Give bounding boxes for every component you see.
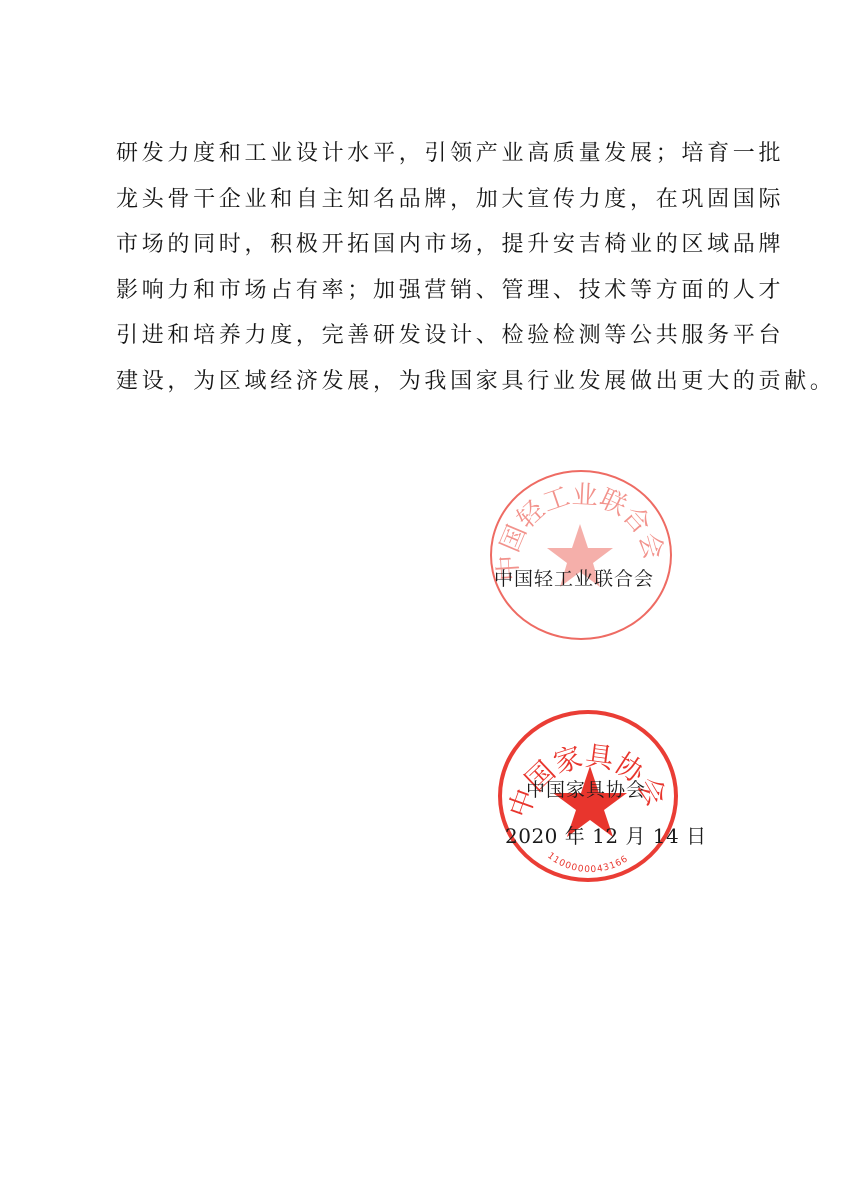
- signature-org-light-industry: 中国轻工业联合会: [494, 564, 654, 591]
- body-paragraph: 研发力度和工业设计水平，引领产业高质量发展；培育一批 龙头骨干企业和自主知名品牌…: [116, 131, 756, 405]
- svg-text:1100000043166: 1100000043166: [545, 851, 630, 875]
- paragraph-line: 市场的同时，积极开拓国内市场，提升安吉椅业的区域品牌: [116, 222, 756, 268]
- paragraph-line: 建设，为区域经济发展，为我国家具行业发展做出更大的贡献。: [116, 359, 756, 405]
- signature-org-furniture: 中国家具协会: [526, 775, 646, 802]
- light-industry-council-seal: 中国轻工业联合会: [490, 470, 672, 640]
- seal-star-icon: 中国轻工业联合会: [492, 472, 674, 642]
- signature-date: 2020 年 12 月 14 日: [505, 820, 707, 849]
- paragraph-line: 龙头骨干企业和自主知名品牌，加大宣传力度，在巩固国际: [116, 177, 756, 223]
- document-page: 研发力度和工业设计水平，引领产业高质量发展；培育一批 龙头骨干企业和自主知名品牌…: [0, 0, 848, 1200]
- paragraph-line: 引进和培养力度，完善研发设计、检验检测等公共服务平台: [116, 313, 756, 359]
- seal-serial-number: 1100000043166: [545, 851, 630, 875]
- paragraph-line: 影响力和市场占有率；加强营销、管理、技术等方面的人才: [116, 268, 756, 314]
- paragraph-line: 研发力度和工业设计水平，引领产业高质量发展；培育一批: [116, 131, 756, 177]
